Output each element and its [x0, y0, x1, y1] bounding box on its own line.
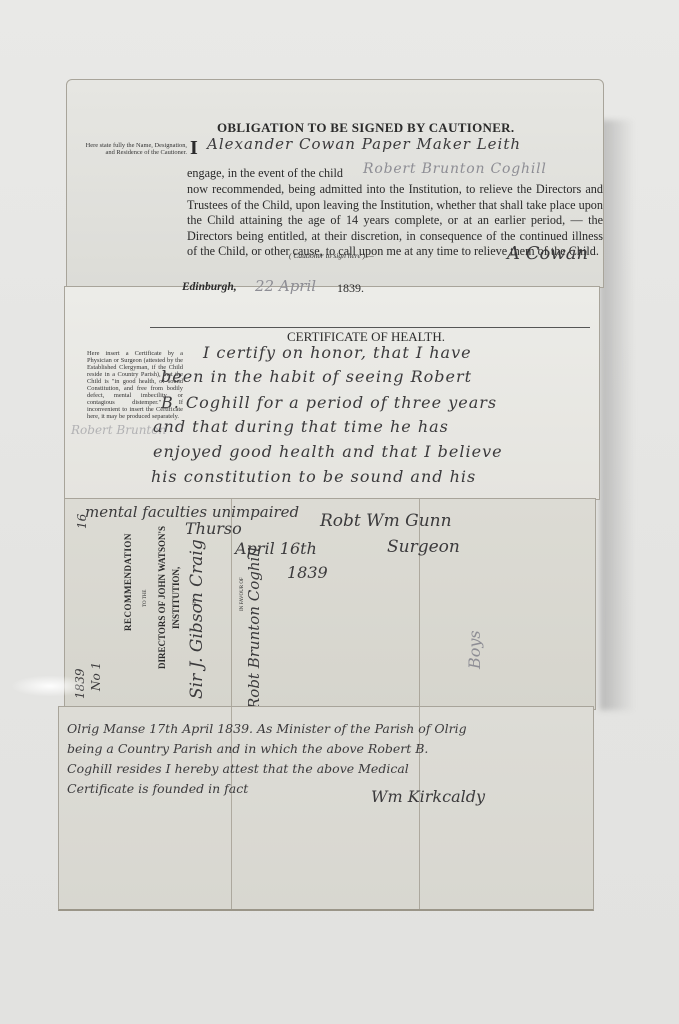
faint-name: Robert Brunton	[71, 423, 166, 437]
fold-line	[231, 707, 232, 909]
signer-date: April 16th	[235, 539, 317, 558]
fold-line	[419, 707, 420, 909]
divider-rule	[150, 327, 590, 328]
engage-line-prefix: engage, in the event of the child	[187, 166, 277, 182]
to-the-label: TO THE	[143, 590, 148, 607]
certificate-line-4: and that during that time he has	[153, 417, 449, 436]
cautioner-name-handwritten: Alexander Cowan Paper Maker Leith	[207, 135, 521, 153]
by-handwritten: Sir J. Gibson Craig	[187, 539, 207, 699]
favour-handwritten: Robt Brunton Coghill	[245, 547, 263, 709]
obligation-title: OBLIGATION TO BE SIGNED BY CAUTIONER.	[217, 120, 514, 136]
attestation-line-1: Olrig Manse 17th April 1839. As Minister…	[67, 721, 467, 736]
signer-year: 1839	[287, 563, 328, 582]
directors-label: DIRECTORS OF JOHN WATSON'S	[157, 526, 167, 669]
institution-label: INSTITUTION,	[171, 567, 181, 629]
boys-mark: Boys	[465, 630, 484, 669]
certificate-panel: Edinburgh, 22 April 1839. CERTIFICATE OF…	[64, 286, 600, 500]
child-name-handwritten: Robert Brunton Coghill	[363, 161, 547, 177]
minister-signature: Wm Kirkcaldy	[371, 787, 485, 806]
signer-name: Robt Wm Gunn	[320, 511, 452, 531]
attestation-line-4: Certificate is founded in fact	[67, 781, 248, 796]
obligation-date-handwritten: 22 April	[255, 277, 316, 295]
cautioner-margin-note: Here state fully the Name, Designation, …	[83, 142, 187, 156]
edinburgh-label: Edinburgh,	[182, 281, 237, 293]
signer-title: Surgeon	[387, 537, 460, 557]
certificate-line-1: I certify on honor, that I have	[203, 343, 472, 362]
attestation-panel: Olrig Manse 17th April 1839. As Minister…	[58, 706, 594, 911]
obligation-year: 1839.	[337, 281, 364, 296]
certificate-line-6: his constitution to be sound and his	[151, 467, 476, 486]
obligation-panel: OBLIGATION TO BE SIGNED BY CAUTIONER. He…	[66, 79, 604, 288]
certificate-line-5: enjoyed good health and that I believe	[153, 442, 503, 461]
cautioner-signature: A Cowan	[507, 243, 588, 264]
certificate-line-2: been in the habit of seeing Robert	[161, 367, 472, 386]
recommendation-panel: mental faculties unimpaired 16 RECOMMEND…	[64, 498, 596, 710]
recommendation-heading: RECOMMENDATION	[123, 533, 133, 631]
paper-shadow	[600, 120, 634, 710]
pronoun-i: I	[190, 137, 198, 160]
page-number: 16	[75, 514, 89, 529]
docket-number: No 1	[89, 662, 103, 691]
signer-place: Thurso	[185, 519, 242, 538]
cautioner-sign-prompt: ( Cautioner to sign here ) —	[289, 251, 374, 260]
attestation-line-3: Coghill resides I hereby attest that the…	[67, 761, 409, 776]
attestation-line-2: being a Country Parish and in which the …	[67, 741, 428, 756]
light-glare	[10, 675, 90, 697]
certificate-line-3: B. Coghill for a period of three years	[161, 393, 497, 412]
